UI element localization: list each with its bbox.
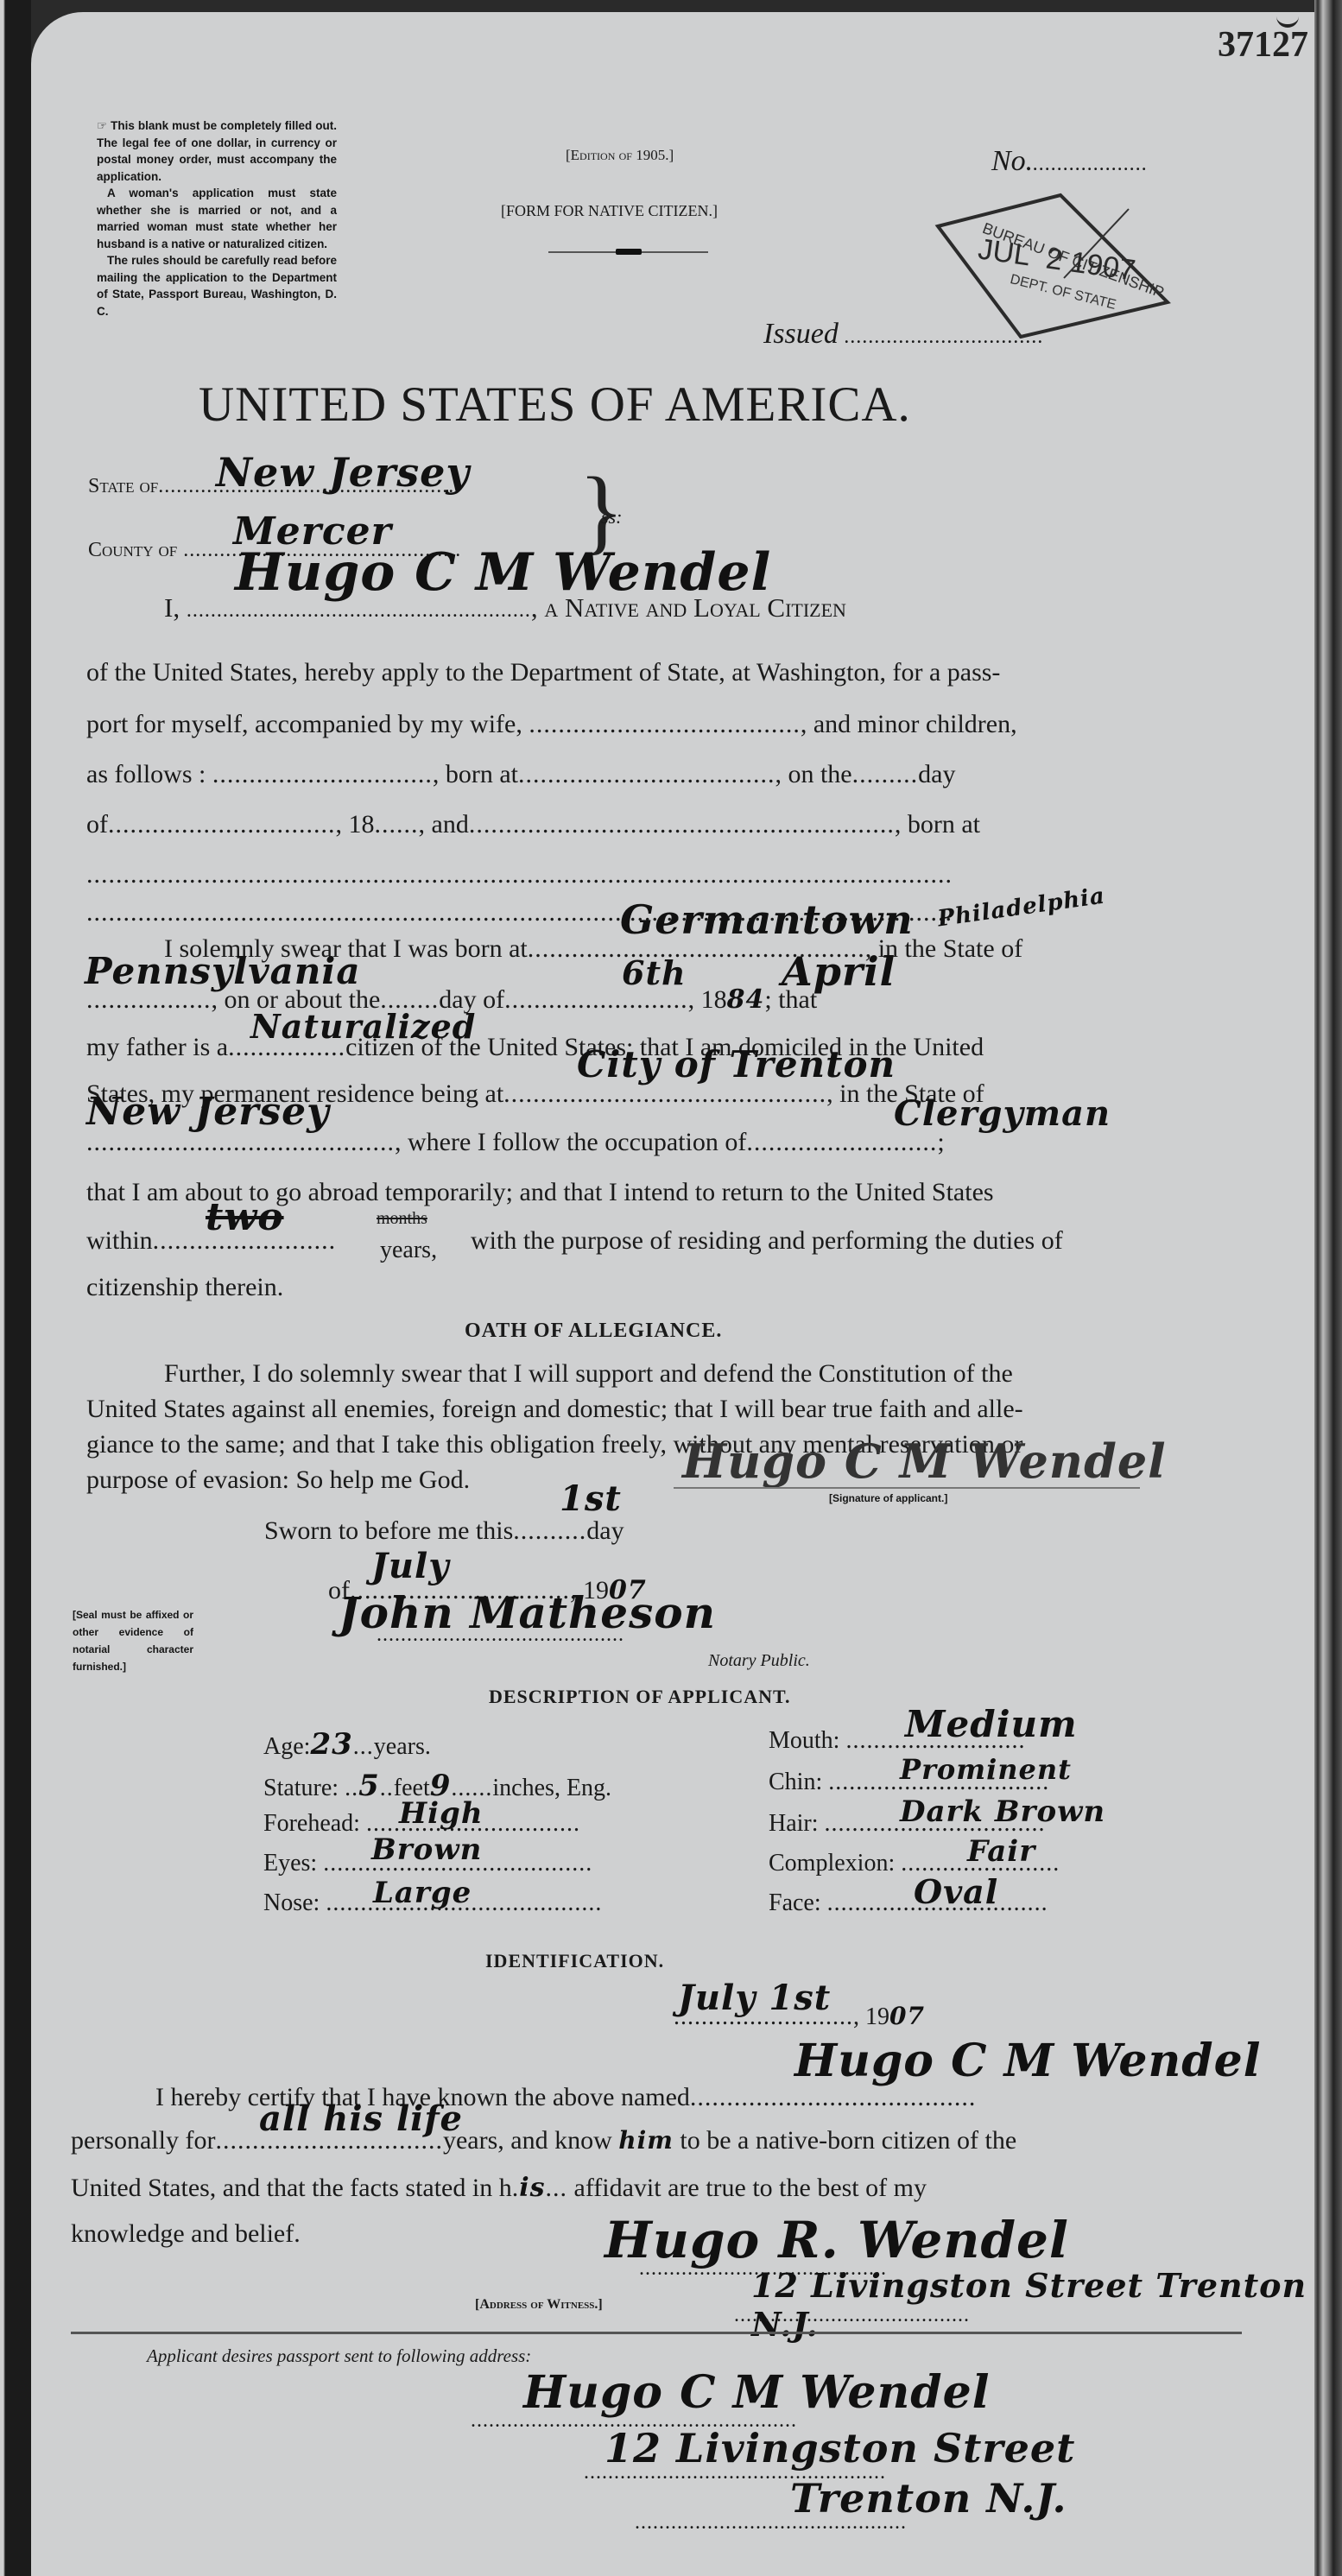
instructions-paragraph: A woman's application must state whether… [97, 185, 337, 252]
mouth-value[interactable]: Medium [905, 1703, 1078, 1745]
forehead-value[interactable]: High [399, 1796, 484, 1831]
belief-line: knowledge and belief. [71, 2219, 301, 2249]
state-value: New Jersey [216, 449, 470, 496]
within-label: within [86, 1226, 153, 1255]
within-value[interactable]: two [206, 1195, 284, 1239]
wife-line: port for myself, accompanied by my wife,… [86, 710, 1017, 739]
instructions-paragraph: ☞ This blank must be completely filled o… [97, 117, 337, 185]
child-birthplace-field[interactable]: ................................... [518, 760, 775, 788]
notary-signature-line: ........................................… [377, 1623, 624, 1647]
hair-value[interactable]: Dark Brown [900, 1794, 1105, 1829]
child-year-field[interactable]: ...... [375, 810, 419, 839]
named-person-value[interactable]: Hugo C M Wendel [794, 2035, 1261, 2087]
birthplace-value[interactable]: Germantown [620, 896, 914, 943]
father-label: my father is a [86, 1033, 228, 1061]
face-row: Face: ................................ [769, 1889, 1048, 1917]
personally-label: personally for [71, 2126, 215, 2155]
complexion-label: Complexion: [769, 1850, 895, 1877]
children-label: , and minor children, [801, 710, 1017, 738]
allegiance-line: Further, I do solemnly swear that I will… [86, 1356, 1219, 1391]
signature-label: [Signature of applicant.] [829, 1491, 947, 1508]
seal-note: [Seal must be affixed or other evidence … [73, 1606, 193, 1675]
nose-value[interactable]: Large [373, 1876, 472, 1910]
face-value[interactable]: Oval [914, 1872, 998, 1911]
instructions-note: ☞ This blank must be completely filled o… [97, 117, 337, 320]
sworn-line: Sworn to before me this..........day [264, 1516, 624, 1546]
issued-label: Issued [763, 318, 839, 350]
affidavit-label: affidavit are true to the best of my [574, 2174, 927, 2202]
years-label: years. [374, 1733, 431, 1760]
and-label: , and [419, 810, 469, 839]
wife-label: port for myself, accompanied by my wife, [86, 710, 522, 738]
child-name-field[interactable]: .............................. [212, 760, 433, 788]
nose-label: Nose: [263, 1889, 320, 1916]
number-label: No. [991, 145, 1033, 177]
signature-line [674, 1487, 1140, 1489]
citizenship-line: citizenship therein. [86, 1273, 283, 1302]
eyes-value[interactable]: Brown [371, 1832, 482, 1867]
birth-year-value[interactable]: 84 [727, 984, 765, 1015]
sworn-day-label: day [586, 1516, 624, 1545]
birth-month-value[interactable]: April [782, 948, 896, 995]
state-label: State of [88, 475, 158, 497]
document-title: UNITED STATES OF AMERICA. [199, 377, 911, 433]
mouth-label: Mouth: [769, 1727, 839, 1754]
purpose-line: with the purpose of residing and perform… [471, 1226, 1063, 1256]
description-heading: DESCRIPTION OF APPLICANT. [489, 1686, 791, 1708]
child-day-field[interactable]: ......... [852, 760, 919, 788]
native-born-label: to be a native-born citizen of the [680, 2126, 1016, 2155]
applicant-name[interactable]: Hugo C M Wendel [235, 542, 771, 603]
eyes-label: Eyes: [263, 1850, 317, 1877]
forehead-label: Forehead: [263, 1810, 360, 1837]
year-prefix: , 18 [336, 810, 375, 839]
book-binding-left [0, 0, 31, 2576]
witness-address-line: ....................................... [734, 2304, 970, 2327]
mailing-line-3: ........................................… [635, 2511, 907, 2535]
witness-address-label: [Address of Witness.] [475, 2297, 603, 2313]
allegiance-heading: OATH OF ALLEGIANCE. [465, 1320, 722, 1343]
of-label: of [86, 810, 108, 839]
age-value[interactable]: 23 [310, 1727, 352, 1762]
born-at-label-2: , born at [895, 810, 980, 839]
notary-label: Notary Public. [708, 1651, 810, 1671]
ornament-bar [616, 249, 642, 255]
sworn-month-value[interactable]: July [371, 1546, 449, 1586]
hair-label: Hair: [769, 1810, 819, 1837]
birth-day-value[interactable]: 6th [622, 953, 687, 992]
father-status-value[interactable]: Naturalized [250, 1007, 476, 1046]
born-at-label: , born at [433, 760, 518, 788]
wife-field[interactable]: ..................................... [529, 710, 801, 738]
pronoun-value[interactable]: him [618, 2126, 674, 2155]
months-struck: months [377, 1209, 427, 1229]
birth-state-value[interactable]: Pennsylvania [85, 950, 361, 992]
chin-value[interactable]: Prominent [900, 1753, 1072, 1786]
facts-label: United States, and that the facts stated… [71, 2174, 512, 2202]
i-label: I, [164, 592, 180, 623]
identification-date-value[interactable]: July 1st [678, 1978, 831, 2018]
years-label: years, [380, 1237, 437, 1264]
duration-value[interactable]: all his life [259, 2098, 463, 2139]
residence-state-value[interactable]: New Jersey [86, 1090, 330, 1134]
page-edge-right [1314, 0, 1342, 2576]
year-prefix: , 18 [688, 985, 727, 1014]
on-the-label: , on the [775, 760, 851, 788]
child2-field[interactable]: ........................................… [469, 810, 895, 839]
chin-label: Chin: [769, 1769, 822, 1795]
identification-year-value[interactable]: 07 [889, 2002, 925, 2030]
section-divider [71, 2332, 1242, 2334]
complexion-value[interactable]: Fair [967, 1834, 1035, 1869]
residence-value[interactable]: City of Trenton [577, 1043, 896, 1085]
mailing-label: Applicant desires passport sent to follo… [147, 2345, 531, 2367]
file-number: 37127 [1218, 24, 1308, 66]
ss-label: ss: [601, 506, 622, 528]
occupation-label: , where I follow the occupation of [395, 1128, 746, 1156]
years-know-label: years, and know [443, 2126, 612, 2155]
children-line: as follows : ...........................… [86, 760, 955, 789]
allegiance-line: United States against all enemies, forei… [86, 1391, 1219, 1427]
pronoun2-value[interactable]: is [519, 2173, 545, 2203]
stature-feet-value[interactable]: 5 [358, 1769, 380, 1803]
form-type-label: [FORM FOR NATIVE CITIZEN.] [501, 202, 718, 220]
day-label: day [918, 760, 955, 788]
inches-label: inches, Eng. [492, 1775, 611, 1801]
age-row: Age:23...years. [263, 1727, 431, 1762]
sworn-label: Sworn to before me this [264, 1516, 513, 1545]
number-field[interactable]: No.................... [991, 145, 1148, 178]
sworn-day-value[interactable]: 1st [560, 1478, 622, 1519]
apply-line: of the United States, hereby apply to th… [86, 658, 1000, 687]
as-follows-label: as follows : [86, 760, 206, 788]
year-prefix: , 19 [853, 2003, 889, 2030]
occupation-value[interactable]: Clergyman [894, 1093, 1111, 1134]
personally-line: personally for..........................… [71, 2126, 1016, 2155]
stature-label: Stature: [263, 1775, 339, 1801]
edition-label: [Edition of 1905.] [566, 147, 674, 164]
age-label: Age: [263, 1733, 310, 1760]
stamp-month: JUL [976, 232, 1032, 272]
stamp-day: 2 [1044, 242, 1065, 276]
facts-line: United States, and that the facts stated… [71, 2173, 927, 2203]
children-line-2: of..............................., 18...… [86, 810, 980, 839]
identification-heading: IDENTIFICATION. [485, 1950, 664, 1972]
county-label: County of [88, 539, 177, 561]
face-label: Face: [769, 1889, 821, 1916]
child-month-field[interactable]: ............................... [108, 810, 336, 839]
instructions-paragraph: The rules should be carefully read befor… [97, 252, 337, 320]
blank-line[interactable]: ........................................… [86, 860, 953, 889]
applicant-signature[interactable]: Hugo C M Wendel [682, 1434, 1167, 1489]
